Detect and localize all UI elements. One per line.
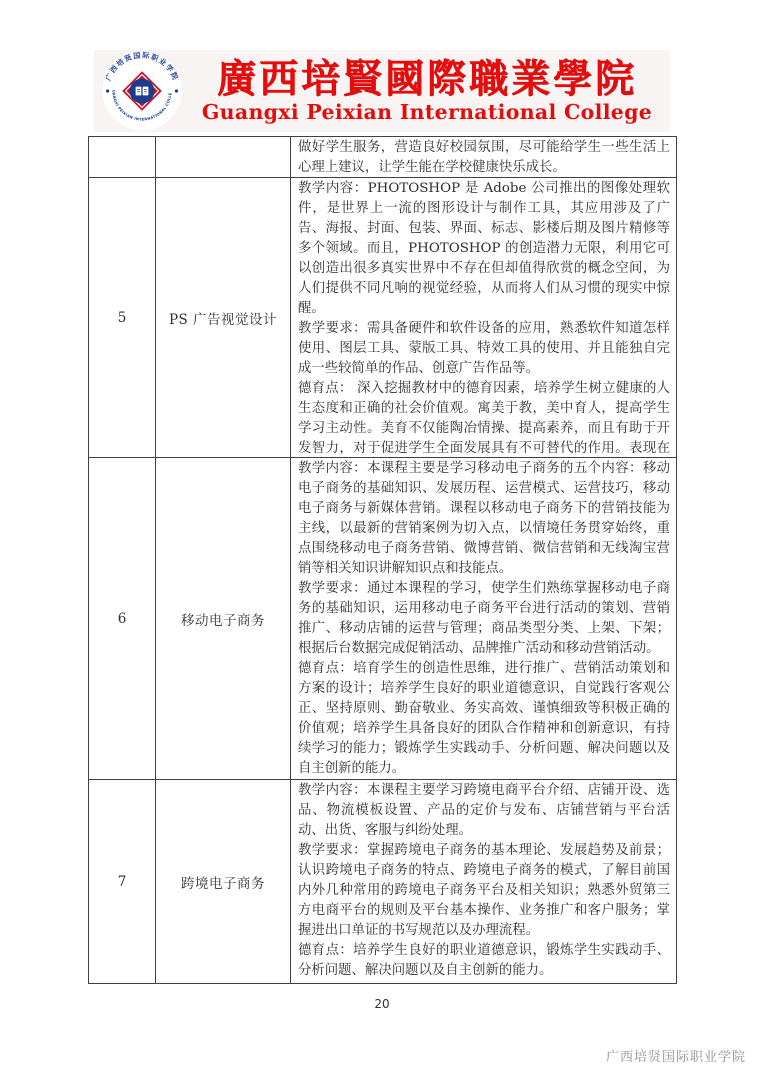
course-name-cell: PS 广告视觉设计 bbox=[156, 178, 291, 458]
course-name-cell bbox=[156, 137, 291, 178]
college-name-chinese: 廣西培賢國際職業學院 bbox=[190, 58, 664, 100]
page-number: 20 bbox=[0, 997, 764, 1011]
table-row: 6 移动电子商务 教学内容：本课程主要是学习移动电子商务的五个内容：移动电子商务… bbox=[89, 458, 677, 780]
teaching-requirements-paragraph: 教学要求：需具备硬件和软件设备的应用，熟悉软件知道怎样使用、图层工具、蒙版工具、… bbox=[298, 319, 670, 379]
course-number-cell bbox=[89, 137, 156, 178]
teaching-content-paragraph: 教学内容：本课程主要是学习移动电子商务的五个内容：移动电子商务的基础知识、发展历… bbox=[298, 459, 670, 579]
teaching-content-paragraph: 教学内容：本课程主要学习跨境电商平台介绍、店铺开设、选品、物流模板设置、产品的定… bbox=[298, 781, 670, 841]
teaching-requirements-paragraph: 教学要求：通过本课程的学习，使学生们熟练掌握移动电子商务的基础知识，运用移动电子… bbox=[298, 579, 670, 659]
college-name-english: Guangxi Peixian International College bbox=[190, 100, 664, 124]
table-row: 5 PS 广告视觉设计 教学内容：PHOTOSHOP 是 Adobe 公司推出的… bbox=[89, 178, 677, 458]
college-logo: 广西培贤国际职业学院 GUANGXI PEIXIAN INTERNATIONAL… bbox=[94, 50, 190, 132]
course-syllabus-table: 做好学生服务，营造良好校园氛围，尽可能给学生一些生活上心理上建议，让学生能在学校… bbox=[88, 136, 677, 984]
course-number-cell: 5 bbox=[89, 178, 156, 458]
table-row-carryover: 做好学生服务，营造良好校园氛围，尽可能给学生一些生活上心理上建议，让学生能在学校… bbox=[89, 137, 677, 178]
moral-education-paragraph: 德育点： 深入挖掘教材中的德育因素，培养学生树立健康的人生态度和正确的社会价值观… bbox=[298, 379, 670, 457]
college-emblem-icon: 广西培贤国际职业学院 GUANGXI PEIXIAN INTERNATIONAL… bbox=[102, 51, 182, 131]
watermark-text: 广西培贤国际职业学院 bbox=[606, 1046, 746, 1065]
course-description-cell: 教学内容：本课程主要是学习移动电子商务的五个内容：移动电子商务的基础知识、发展历… bbox=[291, 458, 677, 780]
teaching-content-paragraph: 教学内容：PHOTOSHOP 是 Adobe 公司推出的图像处理软件，是世界上一… bbox=[298, 179, 670, 319]
course-name-cell: 移动电子商务 bbox=[156, 458, 291, 780]
teaching-requirements-paragraph: 教学要求：掌握跨境电子商务的基本理论、发展趋势及前景；认识跨境电子商务的特点、跨… bbox=[298, 841, 670, 941]
course-name-cell: 跨境电子商务 bbox=[156, 780, 291, 984]
course-number-cell: 7 bbox=[89, 780, 156, 984]
course-description-cell: 做好学生服务，营造良好校园氛围，尽可能给学生一些生活上心理上建议，让学生能在学校… bbox=[291, 137, 677, 178]
moral-education-paragraph: 德育点：培育学生的创造性思维，进行推广、营销活动策划和方案的设计；培养学生良好的… bbox=[298, 659, 670, 779]
college-header: 广西培贤国际职业学院 GUANGXI PEIXIAN INTERNATIONAL… bbox=[94, 50, 670, 132]
course-description-cell: 教学内容：本课程主要学习跨境电商平台介绍、店铺开设、选品、物流模板设置、产品的定… bbox=[291, 780, 677, 984]
carryover-text: 做好学生服务，营造良好校园氛围，尽可能给学生一些生活上心理上建议，让学生能在学校… bbox=[298, 138, 670, 177]
college-titles: 廣西培賢國際職業學院 Guangxi Peixian International… bbox=[190, 58, 670, 124]
moral-education-paragraph: 德育点：培养学生良好的职业道德意识，锻炼学生实践动手、分析问题、解决问题以及自主… bbox=[298, 941, 670, 981]
document-page: 广西培贤国际职业学院 GUANGXI PEIXIAN INTERNATIONAL… bbox=[0, 0, 764, 1080]
course-number-cell: 6 bbox=[89, 458, 156, 780]
table-row: 7 跨境电子商务 教学内容：本课程主要学习跨境电商平台介绍、店铺开设、选品、物流… bbox=[89, 780, 677, 984]
course-description-cell: 教学内容：PHOTOSHOP 是 Adobe 公司推出的图像处理软件，是世界上一… bbox=[291, 178, 677, 458]
